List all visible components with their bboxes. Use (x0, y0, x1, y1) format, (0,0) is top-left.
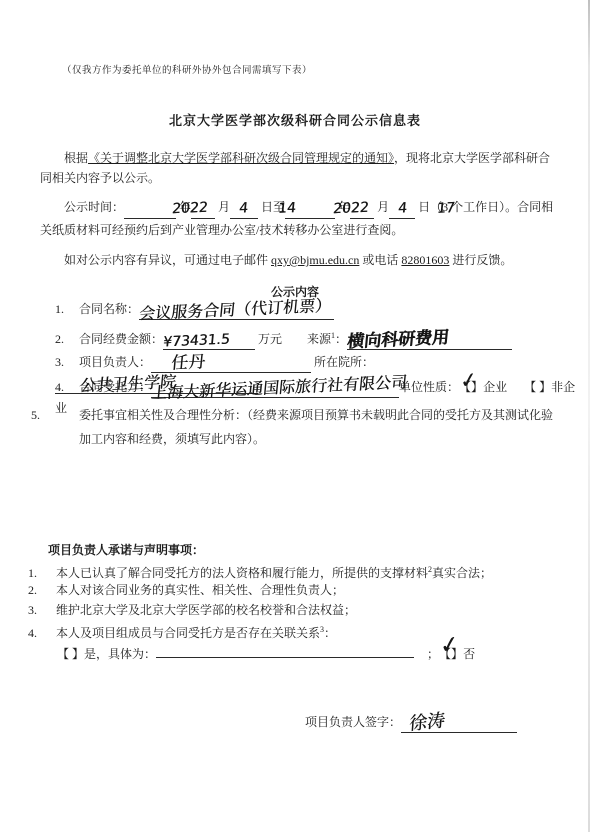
pledge-item-3: 3.维护北京大学及北京大学医学部的校名校誉和合法权益； (28, 600, 564, 620)
amount-handwritten: ¥73431.5 (162, 333, 230, 350)
pledge3-text: 维护北京大学及北京大学医学部的校名校誉和合法权益； (56, 603, 356, 617)
end-year-handwritten: 2022 (308, 201, 369, 218)
intro-prefix: 根据 (64, 151, 88, 165)
yesno-separator: ； (427, 647, 439, 661)
signature-line: 项目负责人签字：徐涛 (305, 712, 517, 733)
signature-label: 项目负责人签字： (305, 715, 401, 729)
feedback-email: qxy@bjmu.edu.cn (271, 253, 359, 267)
leader-name-handwritten: 任丹 (170, 354, 206, 373)
item4-number: 4. (55, 377, 79, 397)
party-blank: 上海大新华运通国际旅行社有限公司 (151, 377, 399, 398)
item1-label: 合同名称： (79, 302, 139, 316)
item-contract-name: 1.合同名称：会议服务合同（代订机票） (55, 299, 570, 320)
party-handwritten: 上海大新华运通国际旅行社有限公司 (150, 374, 407, 401)
start-month-handwritten: 4 (214, 201, 248, 217)
source-handwritten: 横向科研费用 (346, 330, 450, 352)
item-analysis: 5.委托事宜相关性及合理性分析：（经费来源项目预算书未载明此合同的受托方及其测试… (55, 403, 558, 451)
pledge4-number: 4. (28, 623, 56, 643)
pledge-item-4: 4.本人及项目组成员与合同受托方是否存在关联关系3： (28, 620, 564, 643)
pledge2-number: 2. (28, 580, 56, 600)
pledge4-text-end: ： (324, 626, 336, 640)
no-checkbox: 【✓】 (439, 644, 463, 664)
pledge-heading: 项目负责人承诺与声明事项： (48, 540, 204, 560)
end-day-handwritten: 17 (412, 201, 455, 217)
item5-number: 5. (55, 403, 79, 427)
item3-number: 3. (55, 352, 79, 372)
no-label: 否 (463, 647, 475, 661)
publicity-time-paragraph: 公示时间：2022 年4 月14 日至2022 年4 月17 日（3 个工作日）… (40, 196, 554, 241)
intro-paragraph: 根据《关于调整北京大学医学部科研次级合同管理规定的通知》，现将北京大学医学部科研… (40, 148, 554, 188)
non-enterprise-checkbox: 【 】 (524, 380, 551, 394)
pledge2-text: 本人对该合同业务的真实性、相关性、合理性负责人； (56, 583, 344, 597)
enterprise-checkmark: ✓ (459, 368, 478, 391)
pledge1-text-end: 真实合法； (432, 566, 492, 580)
pledge4-text: 本人及项目组成员与合同受托方是否存在关联关系 (56, 626, 320, 640)
item-contract-amount: 2.合同经费金额：¥73431.5 万元 来源1：横向科研费用 (55, 326, 570, 350)
source-blank: 横向科研费用 (347, 329, 512, 350)
item4-label: 合同受托方： (79, 380, 151, 394)
enterprise-checkbox: 【✓】 (459, 377, 483, 397)
item5-label: 委托事宜相关性及合理性分析： (79, 408, 247, 422)
enterprise-label: 企业 (483, 380, 507, 394)
institute-label: 所在院所： (314, 355, 374, 369)
pledge-yesno-line: 【 】是，具体为： ；【✓】否 (57, 644, 564, 664)
publicity-label: 公示时间： (64, 200, 124, 214)
contract-name-handwritten: 会议服务合同（代订机票） (138, 298, 331, 322)
start-year-blank: 2022 (124, 196, 176, 219)
nature-label: 单位性质： (399, 380, 459, 394)
yes-detail-blank (156, 657, 414, 658)
scanned-form-page: { "doc": { "top_note": "（仅我方作为委托单位的科研外协外… (0, 0, 590, 832)
pledge1-text: 本人已认真了解合同受托方的法人资格和履行能力，所提供的支撑材料 (56, 566, 428, 580)
item2-number: 2. (55, 329, 79, 349)
page-title: 北京大学医学部次级科研合同公示信息表 (0, 110, 590, 129)
source-colon: ： (335, 332, 347, 346)
signature-handwritten: 徐涛 (408, 712, 445, 734)
source-label: 来源 (307, 332, 331, 346)
feedback-prefix: 如对公示内容有异议，可通过电子邮件 (64, 253, 271, 267)
start-year-handwritten: 2022 (147, 201, 208, 218)
amount-unit: 万元 (258, 332, 282, 346)
end-month-handwritten: 4 (373, 201, 407, 217)
item1-number: 1. (55, 299, 79, 319)
yes-option: 【 】是，具体为： (57, 647, 156, 661)
amount-blank: ¥73431.5 (163, 329, 255, 350)
intro-notice-title: 《关于调整北京大学医学部科研次级合同管理规定的通知》 (88, 151, 394, 165)
leader-name-blank: 任丹 (151, 352, 311, 373)
item3-label: 项目负责人： (79, 355, 151, 369)
feedback-suffix: 进行反馈。 (449, 253, 512, 267)
no-checkmark: ✓ (439, 634, 459, 658)
pledge3-number: 3. (28, 600, 56, 620)
pledge-item-2: 2.本人对该合同业务的真实性、相关性、合理性负责人； (28, 580, 564, 600)
item2-label: 合同经费金额： (79, 332, 163, 346)
feedback-phone: 82801603 (401, 253, 449, 267)
top-note: （仅我方作为委托单位的科研外协外包合同需填写下表） (62, 62, 312, 76)
start-day-handwritten: 14 (253, 201, 296, 217)
signature-blank: 徐涛 (401, 712, 517, 733)
contract-name-blank: 会议服务合同（代订机票） (139, 299, 334, 320)
feedback-paragraph: 如对公示内容有异议，可通过电子邮件 qxy@bjmu.edu.cn 或电话 82… (40, 250, 554, 270)
feedback-mid: 或电话 (359, 253, 401, 267)
